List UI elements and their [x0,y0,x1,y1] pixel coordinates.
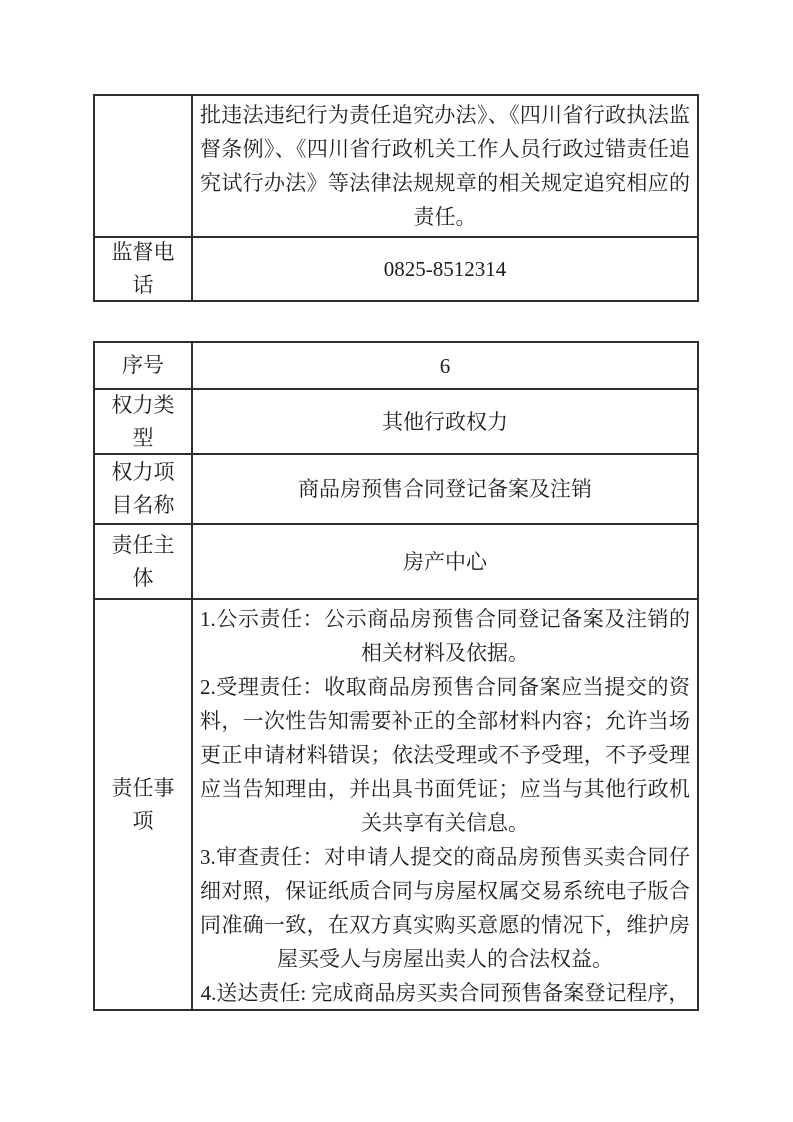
label-power-type: 权力类 型 [95,390,193,453]
label-power-item-name: 权力项 目名称 [95,455,193,523]
duty-item-2-acceptance: 2.受理责任：收取商品房预售合同备案应当提交的资料，一次性告知需要补正的全部材料… [200,670,690,840]
duty-item-1-publicity: 1.公示责任：公示商品房预售合同登记备案及注销的相关材料及依据。 [200,602,690,670]
power-item-name-value: 商品房预售合同登记备案及注销 [193,455,697,523]
power-item-6-table: 序号 6 权力类 型 其他行政权力 权力项 目名称 商品房预售合同登记备案及注销… [93,341,699,1011]
label-duty-items: 责任事 项 [95,600,193,1009]
table-row: 权力类 型 其他行政权力 [95,388,697,453]
table-row: 批违法违纪行为责任追究办法》、《四川省行政执法监督条例》、《四川省行政机关工作人… [95,96,697,236]
supervision-table: 批违法违纪行为责任追究办法》、《四川省行政执法监督条例》、《四川省行政机关工作人… [93,94,699,302]
duty-item-4-delivery: 4.送达责任: 完成商品房买卖合同预售备案登记程序， [200,976,690,1010]
duty-items-cell: 1.公示责任：公示商品房预售合同登记备案及注销的相关材料及依据。 2.受理责任：… [193,600,697,1009]
label-serial-number: 序号 [95,343,193,388]
supervision-phone-number: 0825-8512314 [193,238,697,300]
accountability-continuation-text: 批违法违纪行为责任追究办法》、《四川省行政执法监督条例》、《四川省行政机关工作人… [200,98,690,234]
power-type-value: 其他行政权力 [193,390,697,453]
table-row: 序号 6 [95,343,697,388]
label-supervision-phone: 监督电 话 [95,238,193,300]
document-page: 批违法违纪行为责任追究办法》、《四川省行政执法监督条例》、《四川省行政机关工作人… [0,0,793,1122]
duty-item-3-review: 3.审查责任：对申请人提交的商品房预售买卖合同仔细对照，保证纸质合同与房屋权属交… [200,840,690,976]
table-row: 责任主 体 房产中心 [95,523,697,598]
table-row: 监督电 话 0825-8512314 [95,236,697,300]
serial-number-value: 6 [193,343,697,388]
label-responsible-entity: 责任主 体 [95,525,193,598]
accountability-text-cell: 批违法违纪行为责任追究办法》、《四川省行政执法监督条例》、《四川省行政机关工作人… [193,96,697,236]
table-row: 责任事 项 1.公示责任：公示商品房预售合同登记备案及注销的相关材料及依据。 2… [95,598,697,1009]
label-cell-empty [95,96,193,236]
responsible-entity-value: 房产中心 [193,525,697,598]
table-row: 权力项 目名称 商品房预售合同登记备案及注销 [95,453,697,523]
